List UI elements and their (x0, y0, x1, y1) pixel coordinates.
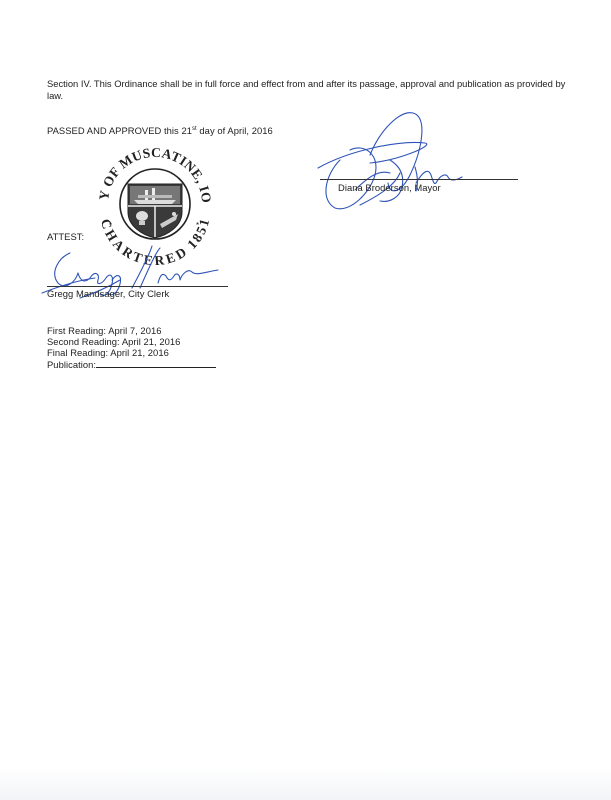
mayor-signature-line (320, 179, 518, 180)
clerk-signature-line (47, 286, 228, 287)
svg-text:*: * (109, 221, 112, 230)
section-iv-paragraph: Section IV. This Ordinance shall be in f… (47, 78, 567, 101)
publication-label: Publication: (47, 359, 96, 370)
mayor-signature-icon (310, 105, 525, 215)
second-reading-date: April 21, 2016 (122, 336, 181, 347)
second-reading: Second Reading: April 21, 2016 (47, 336, 180, 347)
svg-text:*: * (196, 221, 199, 230)
second-reading-label: Second Reading: (47, 336, 120, 347)
clerk-name-title: Gregg Mandsager, City Clerk (47, 288, 169, 299)
final-reading-date: April 21, 2016 (110, 347, 169, 358)
final-reading: Final Reading: April 21, 2016 (47, 347, 169, 358)
passed-approved-prefix: PASSED AND APPROVED this 21 (47, 125, 192, 136)
mayor-name-title: Diana Broderson, Mayor (338, 182, 441, 193)
first-reading-label: First Reading: (47, 325, 106, 336)
publication-blank (96, 358, 216, 368)
passed-approved-rest: day of April, 2016 (197, 125, 273, 136)
document-page: Section IV. This Ordinance shall be in f… (0, 0, 611, 800)
first-reading: First Reading: April 7, 2016 (47, 325, 162, 336)
passed-approved-line: PASSED AND APPROVED this 21st day of Apr… (47, 125, 273, 136)
first-reading-date: April 7, 2016 (108, 325, 161, 336)
publication-line: Publication: (47, 358, 216, 370)
city-seal-icon: CITY OF MUSCATINE, IOWA CHARTERED 1851 *… (90, 140, 220, 265)
final-reading-label: Final Reading: (47, 347, 108, 358)
attest-label: ATTEST: (47, 231, 84, 242)
